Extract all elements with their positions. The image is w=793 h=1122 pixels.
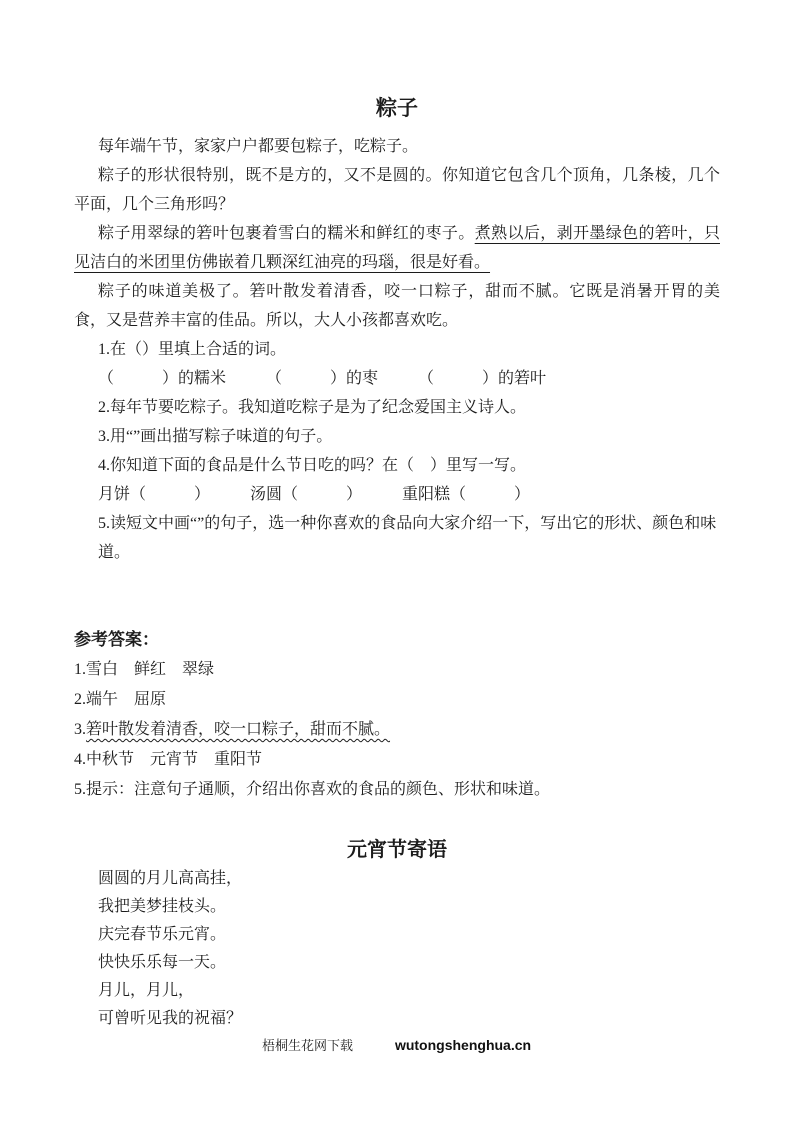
answer-1: 1.雪白 鲜红 翠绿 xyxy=(74,655,720,685)
answer-2: 2.端午 屈原 xyxy=(74,685,720,715)
poem-title: 元宵节寄语 xyxy=(74,835,720,865)
question-1: 1.在（）里填上合适的词。 xyxy=(74,335,720,364)
question-3: 3.用“”画出描写粽子味道的句子。 xyxy=(74,422,720,451)
story-title: 粽子 xyxy=(74,94,720,124)
footer-site-url: wutongshenghua.cn xyxy=(395,1037,531,1053)
poem-line: 圆圆的月儿高高挂， xyxy=(74,865,720,893)
document-content: 粽子 每年端午节，家家户户都要包粽子，吃粽子。 粽子的形状很特别，既不是方的，又… xyxy=(74,0,720,1033)
footer-site-name: 梧桐生花网下载 xyxy=(262,1035,353,1054)
poem-line: 庆完春节乐元宵。 xyxy=(74,921,720,949)
question-4: 4.你知道下面的食品是什么节日吃的吗？在（ ）里写一写。 xyxy=(74,451,720,480)
question-4-blanks: 月饼（ ） 汤圆（ ） 重阳糕（ ） xyxy=(74,480,720,509)
answer-3-wavy-underlined: 箬叶散发着清香，咬一口粽子，甜而不腻。 xyxy=(86,721,390,738)
document-page: 粽子 每年端午节，家家户户都要包粽子，吃粽子。 粽子的形状很特别，既不是方的，又… xyxy=(0,0,793,1122)
answer-3-number: 3. xyxy=(74,721,86,738)
story-paragraph-3-normal: 粽子用翠绿的箬叶包裹着雪白的糯米和鲜红的枣子。 xyxy=(98,225,475,242)
question-2: 2.每年节要吃粽子。我知道吃粽子是为了纪念爱国主义诗人。 xyxy=(74,393,720,422)
answers-heading: 参考答案： xyxy=(74,625,720,655)
poem-line: 月儿，月儿， xyxy=(74,977,720,1005)
story-paragraph-3: 粽子用翠绿的箬叶包裹着雪白的糯米和鲜红的枣子。煮熟以后，剥开墨绿色的箬叶，只见洁… xyxy=(74,219,720,277)
story-paragraph-2: 粽子的形状很特别，既不是方的，又不是圆的。你知道它包含几个顶角，几条棱，几个平面… xyxy=(74,161,720,219)
page-footer: 梧桐生花网下载 wutongshenghua.cn xyxy=(0,1035,793,1054)
poem-line: 快快乐乐每一天。 xyxy=(74,949,720,977)
question-5: 5.读短文中画“”的句子，选一种你喜欢的食品向大家介绍一下，写出它的形状、颜色和… xyxy=(74,509,720,567)
answer-5: 5.提示：注意句子通顺，介绍出你喜欢的食品的颜色、形状和味道。 xyxy=(74,775,720,805)
story-paragraph-1: 每年端午节，家家户户都要包粽子，吃粽子。 xyxy=(74,132,720,161)
story-paragraph-4: 粽子的味道美极了。箬叶散发着清香，咬一口粽子，甜而不腻。它既是消暑开胃的美食，又… xyxy=(74,277,720,335)
question-1-blanks: （ ）的糯米 （ ）的枣 （ ）的箬叶 xyxy=(74,364,720,393)
poem-line: 可曾听见我的祝福？ xyxy=(74,1005,720,1033)
answer-4: 4.中秋节 元宵节 重阳节 xyxy=(74,745,720,775)
answer-3: 3.箬叶散发着清香，咬一口粽子，甜而不腻。 xyxy=(74,715,720,745)
poem-line: 我把美梦挂枝头。 xyxy=(74,893,720,921)
